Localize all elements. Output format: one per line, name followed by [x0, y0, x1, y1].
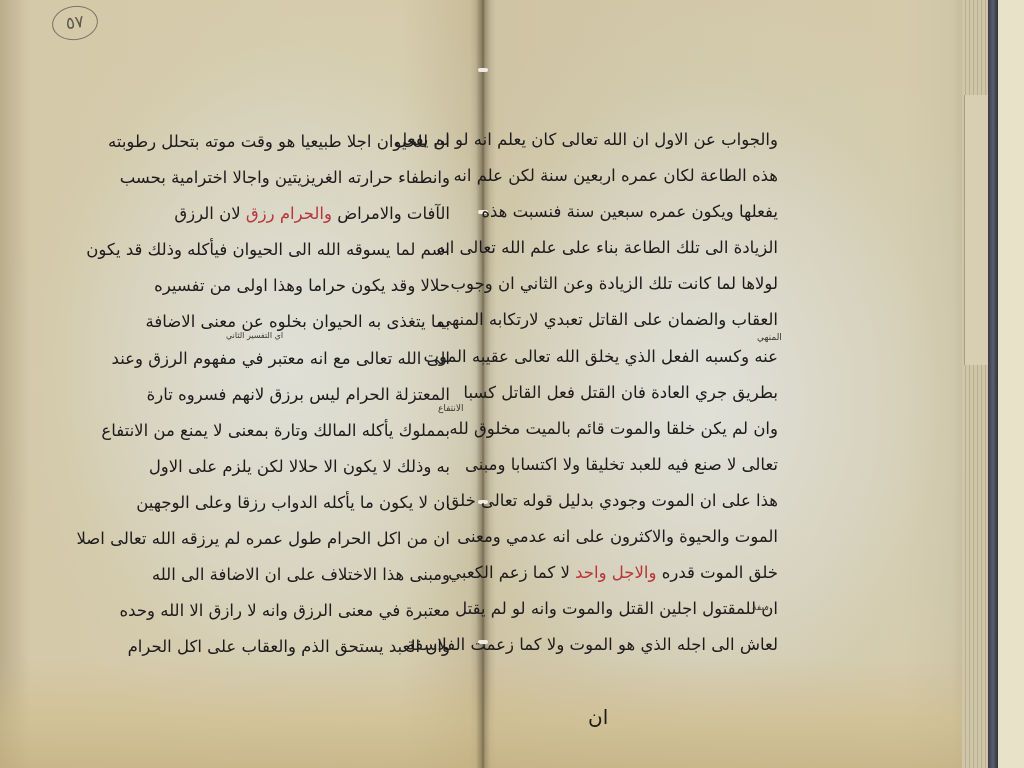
text-span: لا كما زعم الكعبي [448, 563, 575, 582]
marginal-gloss: سفة [752, 603, 769, 613]
text-line: العقاب والضمان على القاتل تعبدي لارتكابه… [508, 302, 778, 338]
text-span: لعاش الى اجله الذي هو الموت ولا كما زعمت… [406, 635, 778, 654]
text-line: ان لا يكون ما يأكله الدواب رزقا وعلى الو… [178, 485, 450, 521]
text-line: بطريق جري العادة فان القتل فعل القاتل كس… [508, 375, 778, 411]
text-line: الموت والحيوة والاكثرون على انه عدمي ومع… [508, 519, 778, 555]
text-span: والجواب عن الاول ان الله تعالى كان يعلم … [395, 130, 778, 149]
text-line: هذه الطاعة لكان عمره اربعين سنة لكن علم … [508, 158, 778, 194]
text-line: الزيادة الى تلك الطاعة بناء على علم الله… [508, 230, 778, 266]
text-span: وان لم يكن خلقا والموت قائم بالميت مخلوق… [449, 419, 778, 438]
text-line: به وذلك لا يكون الا حلالا لكن يلزم على ا… [178, 449, 450, 485]
text-line: والجواب عن الاول ان الله تعالى كان يعلم … [508, 122, 778, 158]
text-line: بمملوك يأكله المالك وتارة بمعنى لا يمنع … [178, 413, 450, 449]
text-span: الموت والحيوة والاكثرون على انه عدمي ومع… [457, 527, 778, 546]
water-stain [482, 658, 970, 768]
rubric-text: والاجل واحد [575, 563, 656, 582]
page-number: ان [588, 705, 608, 729]
text-span: هذا على ان الموت وجودي بدليل قوله تعالى … [446, 491, 778, 510]
text-line: عنه وكسبه الفعل الذي يخلق الله تعالى عقي… [508, 339, 778, 375]
text-line: وان لم يكن خلقا والموت قائم بالميت مخلوق… [508, 411, 778, 447]
open-manuscript: ٥٧ ان للحيوان اجلا طبيعيا هو وقت موته بت… [0, 0, 1024, 768]
text-span: لولاها لما كانت تلك الزيادة وعن الثاني ا… [451, 274, 778, 293]
text-line: لولاها لما كانت تلك الزيادة وعن الثاني ا… [508, 266, 778, 302]
text-line: هذا على ان الموت وجودي بدليل قوله تعالى … [508, 483, 778, 519]
rubric-text: والحرام رزق [246, 204, 332, 223]
text-line: يفعلها ويكون عمره سبعين سنة فنسبت هذه [508, 194, 778, 230]
text-span: وان العبد يستحق الذم والعقاب على اكل الح… [128, 637, 450, 656]
text-span: الى الله تعالى مع انه معتبر في مفهوم الر… [112, 349, 450, 368]
text-line: الى الله تعالى مع انه معتبر في مفهوم الر… [178, 341, 450, 377]
text-span: يفعلها ويكون عمره سبعين سنة فنسبت هذه [481, 202, 778, 221]
text-line: خلق الموت قدره والاجل واحد لا كما زعم ال… [508, 555, 778, 591]
text-span: العقاب والضمان على القاتل تعبدي لارتكابه… [438, 310, 778, 329]
text-span: ان للمقتول اجلين القتل والموت وانه لو لم… [455, 599, 778, 618]
text-span: هذه الطاعة لكان عمره اربعين سنة لكن علم … [453, 166, 778, 185]
text-span: معتبرة في معنى الرزق وانه لا رازق الا ال… [120, 601, 450, 620]
text-line: تعالى لا صنع فيه للعبد تخليقا ولا اكتساب… [508, 447, 778, 483]
text-span: الآفات والامراض [332, 204, 450, 223]
marginal-gloss: المنهي [757, 333, 782, 343]
text-line: ان للمقتول اجلين القتل والموت وانه لو لم… [508, 591, 778, 627]
text-span: ومبنى هذا الاختلاف على ان الاضافة الى ال… [152, 565, 450, 584]
text-span: الزيادة الى تلك الطاعة بناء على علم الله… [436, 238, 778, 257]
right-background [998, 0, 1024, 768]
text-line: لعاش الى اجله الذي هو الموت ولا كما زعمت… [508, 627, 778, 663]
text-span: اسم لما يسوقه الله الى الحيوان فيأكله وذ… [86, 240, 450, 259]
text-line: ومبنى هذا الاختلاف على ان الاضافة الى ال… [178, 557, 450, 593]
text-line: حلالا وقد يكون حراما وهذا اولى من تفسيره [178, 268, 450, 304]
text-span: خلق الموت قدره [656, 563, 778, 582]
text-line: الآفات والامراض والحرام رزق لان الرزق [178, 196, 450, 232]
text-line: المعتزلة الحرام ليس برزق لانهم فسروه تار… [178, 377, 450, 413]
text-span: حلالا وقد يكون حراما وهذا اولى من تفسيره [154, 276, 450, 295]
right-text-block: والجواب عن الاول ان الله تعالى كان يعلم … [508, 122, 778, 663]
text-span: بما يتغذى به الحيوان بخلوه عن معنى الاضا… [146, 312, 450, 331]
text-line: معتبرة في معنى الرزق وانه لا رازق الا ال… [178, 593, 450, 629]
left-text-block: ان للحيوان اجلا طبيعيا هو وقت موته بتحلل… [178, 124, 450, 665]
text-line: وانطفاء حرارته الغريزيتين واجالا اخترامي… [178, 160, 450, 196]
book-cover-edge [988, 0, 998, 768]
text-span: بطريق جري العادة فان القتل فعل القاتل كس… [463, 383, 778, 402]
text-span: تعالى لا صنع فيه للعبد تخليقا ولا اكتساب… [465, 455, 778, 474]
marginal-gloss: اي التفسير الثاني [226, 331, 283, 340]
text-span: وانطفاء حرارته الغريزيتين واجالا اخترامي… [120, 168, 450, 187]
text-span: ان لا يكون ما يأكله الدواب رزقا وعلى الو… [136, 493, 450, 512]
binding-stitch [478, 68, 488, 72]
text-span: عنه وكسبه الفعل الذي يخلق الله تعالى عقي… [423, 347, 778, 366]
text-span: لان الرزق [174, 204, 246, 223]
text-span: بمملوك يأكله المالك وتارة بمعنى لا يمنع … [101, 421, 450, 440]
water-stain [0, 658, 482, 768]
text-span: ان من اكل الحرام طول عمره لم يرزقه الله … [76, 529, 450, 548]
text-line: اسم لما يسوقه الله الى الحيوان فيأكله وذ… [178, 232, 450, 268]
text-line: بما يتغذى به الحيوان بخلوه عن معنى الاضا… [178, 304, 450, 340]
text-line: ان من اكل الحرام طول عمره لم يرزقه الله … [178, 521, 450, 557]
text-span: به وذلك لا يكون الا حلالا لكن يلزم على ا… [149, 457, 450, 476]
text-span: المعتزلة الحرام ليس برزق لانهم فسروه تار… [147, 385, 450, 404]
